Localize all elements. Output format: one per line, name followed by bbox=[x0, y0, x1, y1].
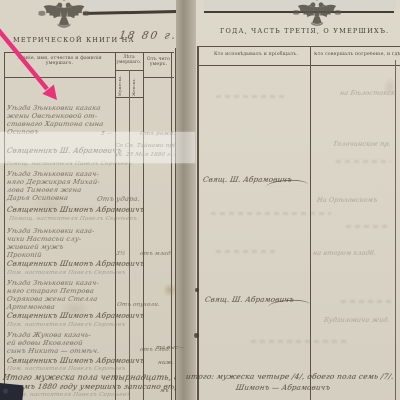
vrule-right-partial bbox=[395, 60, 396, 400]
burial-entry: На Орѣховскомъ bbox=[316, 196, 378, 204]
assistant-signature: Помощ. настоятеля Павелъ Сергѣевъ bbox=[8, 216, 137, 222]
burial-entry: Будзиловичи жид. bbox=[323, 316, 390, 324]
bleedthrough-ghost-line bbox=[216, 95, 286, 98]
entry-age: 3½ bbox=[115, 251, 125, 257]
right-page: ГОДА, ЧАСТЬ ТРЕТІЯ, О УМЕРШИХЪ. Кто испо… bbox=[196, 0, 400, 400]
bleedthrough-ghost-line bbox=[211, 212, 331, 215]
entry-cause: Отъ удара. bbox=[96, 195, 140, 203]
table-top-rule bbox=[4, 52, 174, 53]
header-underline-name bbox=[4, 77, 115, 78]
colhead-age: Лѣта умершаго. bbox=[115, 55, 143, 65]
entry-line: Уѣзда Зѣньковки казака bbox=[6, 104, 101, 112]
ink-blot bbox=[194, 333, 199, 338]
clergy-signature: Священникъ Шимонъ Абрамовичъ bbox=[6, 259, 145, 268]
bleedthrough-ghost-line bbox=[336, 160, 391, 163]
imperial-eagle-emblem-right bbox=[292, 0, 342, 30]
table-left-rule bbox=[4, 52, 5, 400]
entry-cause: отъ млад. bbox=[139, 251, 172, 257]
entry-line: няго стараго Петрова bbox=[6, 287, 94, 295]
paper-stain bbox=[60, 300, 90, 318]
colhead-age-female: Женска. bbox=[132, 73, 136, 96]
clergy-signature: Священникъ Шимонъ Абрамовичъ bbox=[6, 205, 145, 214]
assistant-signature: Пом. настоятеля Павелъ Сергѣевъ bbox=[6, 322, 125, 328]
overflow-fragment: мъ bbox=[159, 388, 169, 394]
bleedthrough-ghost-line bbox=[251, 340, 346, 343]
entry-line: Прокопій bbox=[6, 251, 42, 259]
entry-line: Уѣзда Зѣньковки каза- bbox=[6, 227, 95, 235]
burial-entry: на втором кладб. bbox=[312, 249, 376, 257]
vrule-confessed-burial bbox=[310, 46, 311, 400]
header-underline-cause bbox=[143, 77, 174, 78]
metrical-book-scan: МЕТРИЧЕСКОЙ КНИГИ НА 18 80 г. Званіе, им… bbox=[0, 0, 400, 400]
entry-line: Уѣзда Жукова казачь- bbox=[6, 331, 92, 339]
entry-line: Уѣзда Зѣньковки казач- bbox=[6, 170, 99, 178]
entry-line: Артемонова bbox=[6, 303, 55, 311]
paper-stain bbox=[383, 77, 397, 97]
clergy-signature: Священникъ Шимонъ Абрамовичъ bbox=[6, 356, 145, 365]
right-page-title: ГОДА, ЧАСТЬ ТРЕТІЯ, О УМЕРШИХЪ. bbox=[220, 28, 389, 35]
vrule-name-age bbox=[115, 52, 116, 400]
imperial-eagle-emblem-left bbox=[38, 0, 90, 32]
entry-line: Уѣзда Зѣньковки казач- bbox=[6, 279, 99, 287]
entry-line: жившей мужъ bbox=[6, 243, 64, 251]
colhead-confessed: Кто исповѣдывалъ и пріобщалъ. bbox=[206, 52, 306, 57]
entry-line: няго Держикрая Михай- bbox=[6, 178, 100, 186]
book-gutter-fold bbox=[176, 0, 197, 400]
handwritten-year: 18 80 г. bbox=[118, 30, 178, 42]
page-left-edge-rule bbox=[197, 46, 199, 400]
vrule-male-female bbox=[129, 70, 130, 400]
header-underline bbox=[197, 65, 400, 66]
entry-line: ей вдовы Яковлевой bbox=[6, 339, 83, 347]
assistant-signature: Пом. настоятеля Павелъ Сергѣевъ bbox=[6, 366, 125, 372]
search-hit-highlight bbox=[0, 132, 195, 163]
left-page: МЕТРИЧЕСКОЙ КНИГИ НА 18 80 г. Званіе, им… bbox=[0, 0, 177, 400]
entry-line: чихи Настасьи слу- bbox=[6, 235, 82, 243]
archive-stamp-fragment bbox=[0, 383, 24, 400]
bleedthrough-ghost-line bbox=[346, 225, 391, 228]
colhead-deceased-name: Званіе, имя, отчество и фамилія умершаго… bbox=[6, 56, 113, 67]
paper-stain bbox=[163, 283, 177, 297]
entry-line: сынъ Никита — отмѣч. bbox=[6, 347, 100, 355]
colhead-age-male: Мужеска. bbox=[118, 73, 122, 96]
ink-blot bbox=[195, 288, 199, 292]
page-summary-line: Пом. настоятеля Павелъ Сергѣевъ bbox=[11, 392, 130, 398]
spread-summary-line: итого: мужеска четыре /4/, обоего пола с… bbox=[185, 372, 394, 381]
colhead-cause: Отъ чего умеръ. bbox=[144, 57, 173, 68]
table-top-rule bbox=[197, 46, 400, 47]
colhead-burial: Кто совершалъ погребеніе, и гдѣ погр. bbox=[314, 52, 400, 57]
overflow-fragment: та выс— bbox=[155, 345, 184, 351]
left-page-title: МЕТРИЧЕСКОЙ КНИГИ НА bbox=[13, 37, 135, 44]
entry-line: жены Овсѣенковой от- bbox=[6, 112, 98, 120]
entry-cause: Отъ опухоли. bbox=[116, 302, 160, 308]
bleedthrough-ghost-line bbox=[216, 250, 276, 253]
burial-entry: Толочинское пр. bbox=[332, 140, 391, 148]
spread-summary-signature: Шимонъ — Абрамовичъ bbox=[235, 383, 331, 392]
bleedthrough-ghost-line bbox=[341, 300, 391, 303]
overflow-fragment: ниж. bbox=[157, 360, 174, 366]
assistant-signature: Пом. настоятеля Павелъ Сергѣевъ bbox=[6, 270, 125, 276]
entry-line: ставнаго Харитона сына bbox=[6, 120, 104, 128]
left-page-top-edge bbox=[83, 10, 177, 14]
paper-stain bbox=[30, 190, 70, 220]
